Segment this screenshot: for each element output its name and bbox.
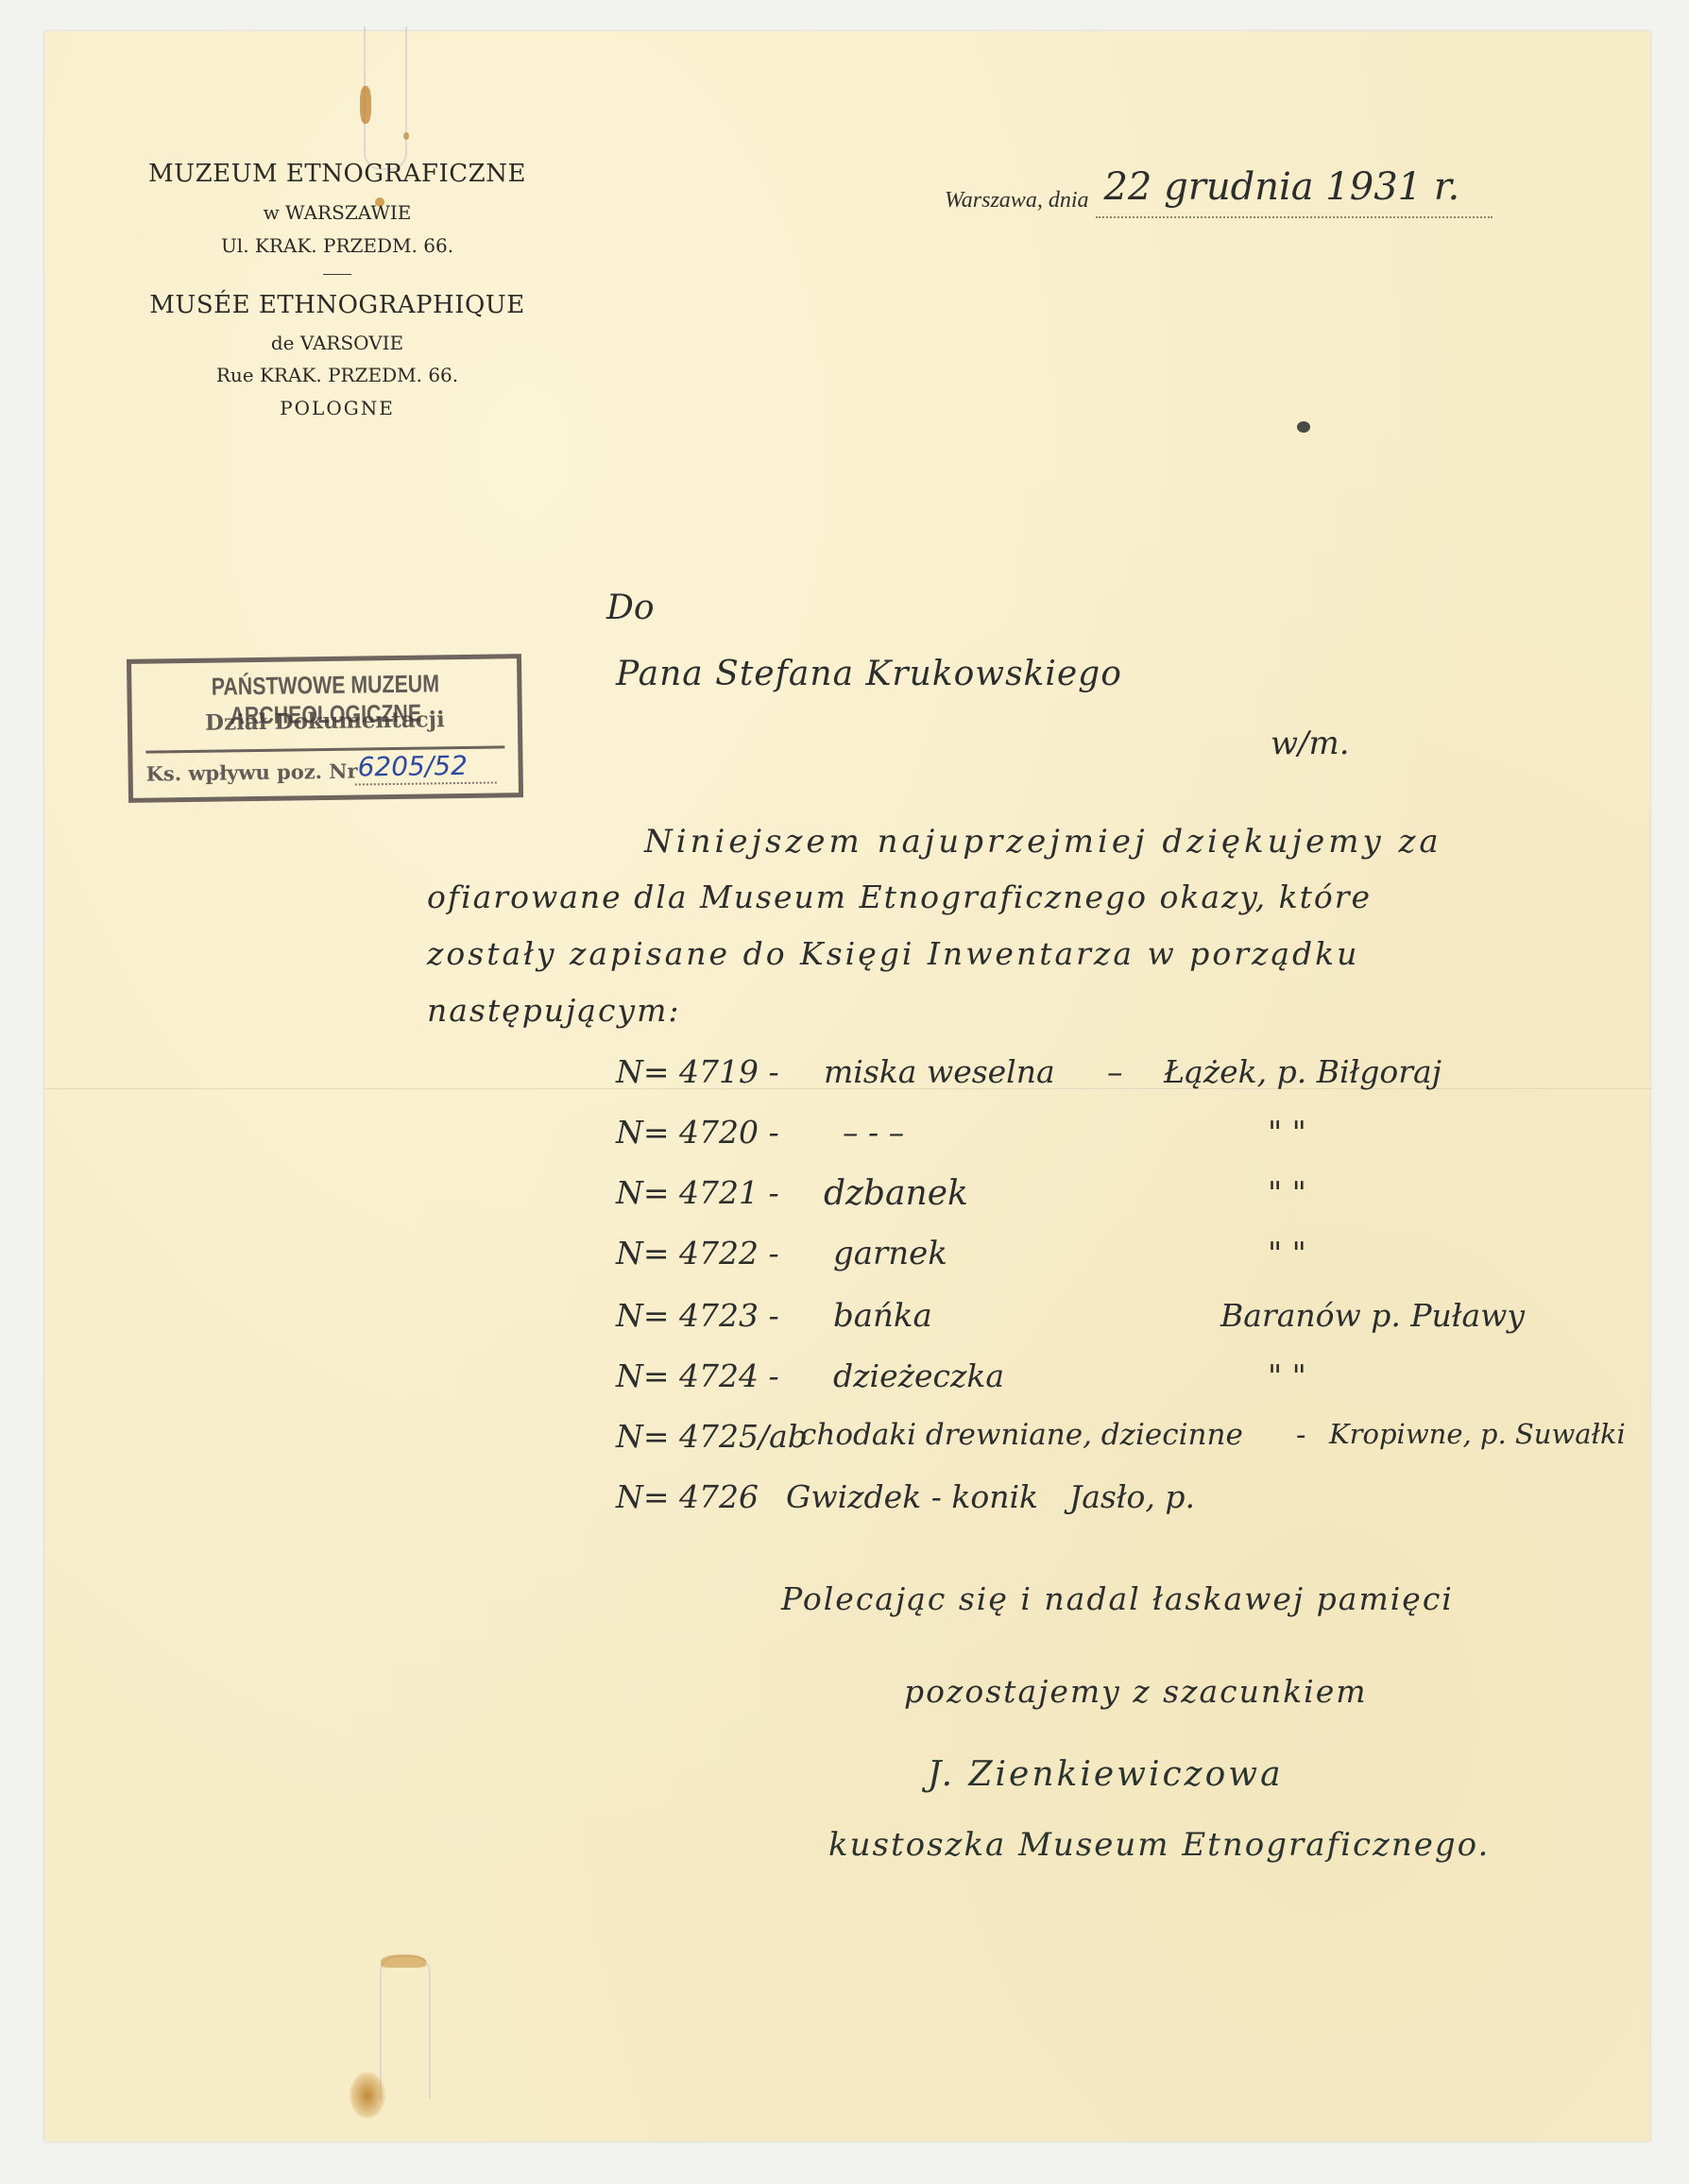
stamp-department: Dział Dokumentacji: [132, 706, 518, 737]
dateline-prefix: Warszawa, dnia: [945, 188, 1088, 213]
addressee-location: w/m.: [1271, 725, 1350, 762]
body-line-3: zostały zapisane do Księgi Inwentarza w …: [427, 935, 1359, 972]
item-number: N= 4722 -: [616, 1235, 779, 1271]
item-place: " ": [1268, 1235, 1306, 1271]
item-number: N= 4726: [616, 1478, 759, 1515]
item-place: Kropiwne, p. Suwałki: [1329, 1418, 1626, 1450]
signer-title: kustoszka Museum Etnograficznego.: [828, 1826, 1490, 1864]
closing-line-2: pozostajemy z szacunkiem: [904, 1673, 1368, 1710]
letterhead-fr-country: POLOGNE: [101, 397, 573, 419]
letterhead-fr-title: MUSÉE ETHNOGRAPHIQUE: [101, 291, 573, 319]
dateline-handwritten-date: 22 grudnia 1931 r.: [1103, 165, 1459, 209]
dateline: Warszawa, dnia 22 grudnia 1931 r.: [945, 173, 1489, 218]
rust-stain-bottom-arc: [381, 1954, 426, 1968]
item-name: dzbanek: [824, 1174, 968, 1213]
rust-stain-bottom-blot: [350, 2072, 385, 2119]
archive-stamp: PAŃSTWOWE MUZEUM ARCHEOLOGICZNE Dział Do…: [127, 654, 523, 803]
body-line-1: Niniejszem najuprzejmiej dziękujemy za: [644, 823, 1442, 861]
letterhead-pl-title: MUZEUM ETNOGRAFICZNE: [101, 160, 573, 188]
letterhead-pl-address: Ul. KRAK. PRZEDM. 66.: [101, 234, 573, 257]
item-place: Jasło, p.: [1069, 1478, 1195, 1515]
letterhead-pl-city: w WARSZAWIE: [101, 201, 573, 224]
stamp-register-label: Ks. wpływu poz. Nr: [145, 759, 357, 786]
item-number: N= 4721 -: [616, 1174, 779, 1211]
item-number: N= 4724 -: [616, 1357, 779, 1394]
rust-stain-top-small: [403, 132, 409, 140]
addressee-name: Pana Stefana Krukowskiego: [616, 655, 1122, 693]
letterhead-fr-city: de VARSOVIE: [101, 332, 573, 354]
signature: J. Zienkiewiczowa: [928, 1755, 1284, 1794]
stamp-register-number: 6205/52: [357, 750, 468, 783]
item-place: " ": [1268, 1174, 1306, 1211]
item-number: N= 4725/ab: [616, 1418, 808, 1455]
body-line-4: następującym:: [427, 992, 680, 1029]
salutation: Do: [606, 589, 655, 627]
item-name: – - –: [843, 1114, 904, 1151]
ink-dot: [1297, 421, 1310, 433]
item-name: miska weselna: [824, 1053, 1055, 1090]
item-number: N= 4720 -: [616, 1114, 779, 1151]
paperclip-mark-bottom: [380, 1955, 431, 2099]
item-place: " ": [1268, 1357, 1306, 1394]
item-dash: -: [1296, 1418, 1305, 1452]
item-place: " ": [1268, 1114, 1306, 1151]
item-name: dzieżeczka: [833, 1357, 1004, 1394]
item-place: Łążek, p. Biłgoraj: [1164, 1053, 1442, 1090]
item-number: N= 4723 -: [616, 1297, 779, 1334]
item-dash: –: [1107, 1053, 1123, 1090]
rust-stain-top: [360, 86, 371, 124]
body-line-2: ofiarowane dla Museum Etnograficznego ok…: [427, 879, 1372, 915]
letterhead-fr-address: Rue KRAK. PRZEDM. 66.: [101, 364, 573, 386]
item-name: chodaki drewniane, dziecinne: [800, 1418, 1243, 1452]
letter-paper: MUZEUM ETNOGRAFICZNE w WARSZAWIE Ul. KRA…: [44, 31, 1650, 2141]
item-place: Baranów p. Puławy: [1220, 1297, 1525, 1334]
closing-line-1: Polecając się i nadal łaskawej pamięci: [781, 1580, 1454, 1617]
item-number: N= 4719 -: [616, 1053, 779, 1090]
item-name: garnek: [833, 1235, 947, 1272]
item-name: Gwizdek - konik: [786, 1478, 1038, 1515]
dateline-dotted-fill: 22 grudnia 1931 r.: [1096, 173, 1493, 218]
item-name: bańka: [833, 1297, 932, 1335]
letterhead-divider: [323, 274, 351, 275]
